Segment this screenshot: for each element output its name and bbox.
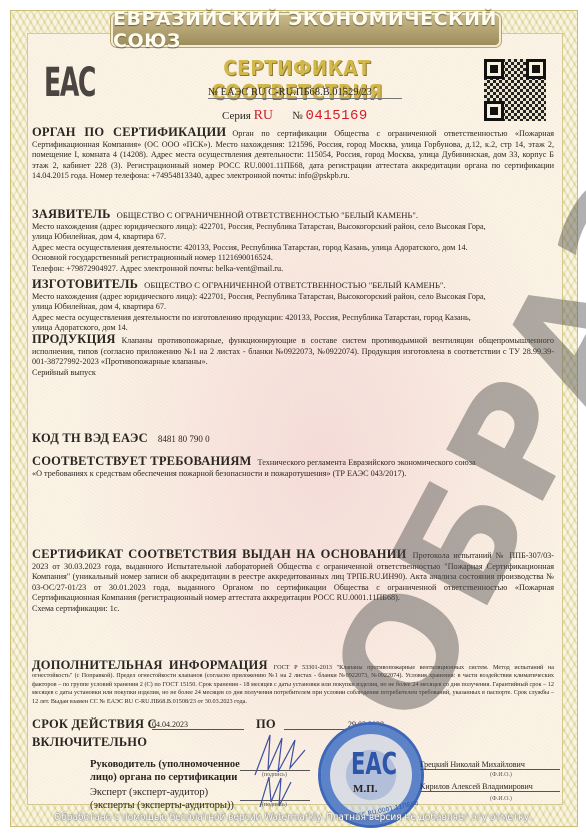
eac-logo-icon: ЕАС	[44, 60, 95, 106]
blank-number-label: №	[292, 110, 303, 122]
qr-code-icon[interactable]	[484, 59, 546, 121]
series-value: RU	[254, 108, 273, 123]
section-hs-code: КОД ТН ВЭД ЕАЭС 8481 80 790 0	[32, 433, 554, 446]
section-heading: КОД ТН ВЭД ЕАЭС	[32, 431, 148, 445]
manufacturer-line: Место нахождения (адрес юридического лиц…	[32, 292, 554, 303]
name-caption: (Ф.И.О.)	[490, 796, 512, 802]
validity-from-date: 04.04.2023	[152, 720, 244, 730]
blank-number: 0415169	[306, 108, 368, 124]
certificate-number: № ЕАЭС RU C-RU.ПБ68.В.01529/23	[208, 87, 402, 99]
section-applicant: ЗАЯВИТЕЛЬОБЩЕСТВО С ОГРАНИЧЕННОЙ ОТВЕТСТ…	[32, 209, 554, 275]
applicant-name: ОБЩЕСТВО С ОГРАНИЧЕННОЙ ОТВЕТСТВЕННОСТЬЮ…	[117, 210, 418, 220]
section-heading: ПРОДУКЦИЯ	[32, 332, 116, 346]
head-name: Грецкий Николай Михайлович	[420, 760, 560, 770]
series-line: Серия RU № 0415169	[222, 108, 368, 124]
applicant-line: улица Юбилейная, дом 4, квартира 67.	[32, 232, 554, 243]
head-label: Руководитель (уполномоченное лицо) орган…	[90, 758, 240, 784]
expert-label-line: Эксперт (эксперт-аудитор)	[90, 786, 234, 799]
section-heading: ЗАЯВИТЕЛЬ	[32, 207, 111, 221]
series-label: Серия	[222, 110, 251, 122]
expert-label-line: (эксперты (эксперты-аудиторы))	[90, 799, 234, 812]
conformity-text: Технического регламента Евразийского эко…	[258, 458, 476, 467]
manufacturer-name: ОБЩЕСТВО С ОГРАНИЧЕННОЙ ОТВЕТСТВЕННОСТЬЮ…	[144, 280, 445, 290]
certification-scheme: Схема сертификации: 1с.	[32, 604, 554, 615]
section-heading: ИЗГОТОВИТЕЛЬ	[32, 277, 138, 291]
expert-label: Эксперт (эксперт-аудитор) (эксперты (экс…	[90, 786, 234, 812]
stamp-mp: М.П.	[353, 783, 377, 795]
section-conformity: СООТВЕТСТВУЕТ ТРЕБОВАНИЯМТехнического ре…	[32, 456, 554, 479]
stamp-eac-logo: ЕАС	[351, 747, 397, 782]
manufacturer-line: улица Юбилейная, дом 4, квартира 67.	[32, 302, 554, 313]
section-manufacturer: ИЗГОТОВИТЕЛЬОБЩЕСТВО С ОГРАНИЧЕННОЙ ОТВЕ…	[32, 279, 554, 334]
qr-finder-icon	[484, 59, 504, 79]
section-heading: ДОПОЛНИТЕЛЬНАЯ ИНФОРМАЦИЯ	[32, 658, 268, 672]
qr-finder-icon	[526, 59, 546, 79]
section-heading: СЕРТИФИКАТ СООТВЕТСТВИЯ ВЫДАН НА ОСНОВАН…	[32, 547, 407, 561]
expert-signature-icon	[255, 770, 315, 812]
head-label-line: лицо) органа по сертификации	[90, 771, 240, 784]
validity-inclusive: ВКЛЮЧИТЕЛЬНО	[32, 735, 147, 750]
applicant-line: Телефон: +79872904927. Адрес электронной…	[32, 264, 554, 275]
section-heading: ОРГАН ПО СЕРТИФИКАЦИИ	[32, 125, 226, 139]
section-heading: СООТВЕТСТВУЕТ ТРЕБОВАНИЯМ	[32, 454, 252, 468]
union-banner: ЕВРАЗИЙСКИЙ ЭКОНОМИЧЕСКИЙ СОЮЗ	[111, 13, 501, 47]
product-release: Серийный выпуск	[32, 368, 554, 379]
section-product: ПРОДУКЦИЯКлапаны противопожарные, функци…	[32, 334, 554, 378]
hs-code-value: 8481 80 790 0	[158, 434, 210, 444]
section-basis: СЕРТИФИКАТ СООТВЕТСТВИЯ ВЫДАН НА ОСНОВАН…	[32, 549, 554, 615]
qr-finder-icon	[484, 101, 504, 121]
validity-from-heading: СРОК ДЕЙСТВИЯ С	[32, 717, 157, 732]
section-additional-info: ДОПОЛНИТЕЛЬНАЯ ИНФОРМАЦИЯГОСТ Р 53301-20…	[32, 661, 554, 706]
conformity-regulation: «О требованиях к средствам обеспечения п…	[32, 469, 554, 480]
applicant-line: Основной государственный регистрационный…	[32, 253, 554, 264]
watermarkly-notice: Обработано с помощью бесплатной версии W…	[0, 812, 586, 823]
head-label-line: Руководитель (уполномоченное	[90, 758, 240, 771]
expert-name: Кирилов Алексей Владимирович	[420, 782, 560, 792]
name-caption: (Ф.И.О.)	[490, 772, 512, 778]
section-certification-body: ОРГАН ПО СЕРТИФИКАЦИИОрган по сертификац…	[32, 127, 554, 182]
applicant-line: Адрес места осуществления деятельности: …	[32, 243, 554, 254]
applicant-line: Место нахождения (адрес юридического лиц…	[32, 222, 554, 233]
manufacturer-line: Адрес места осуществления деятельности п…	[32, 313, 554, 324]
